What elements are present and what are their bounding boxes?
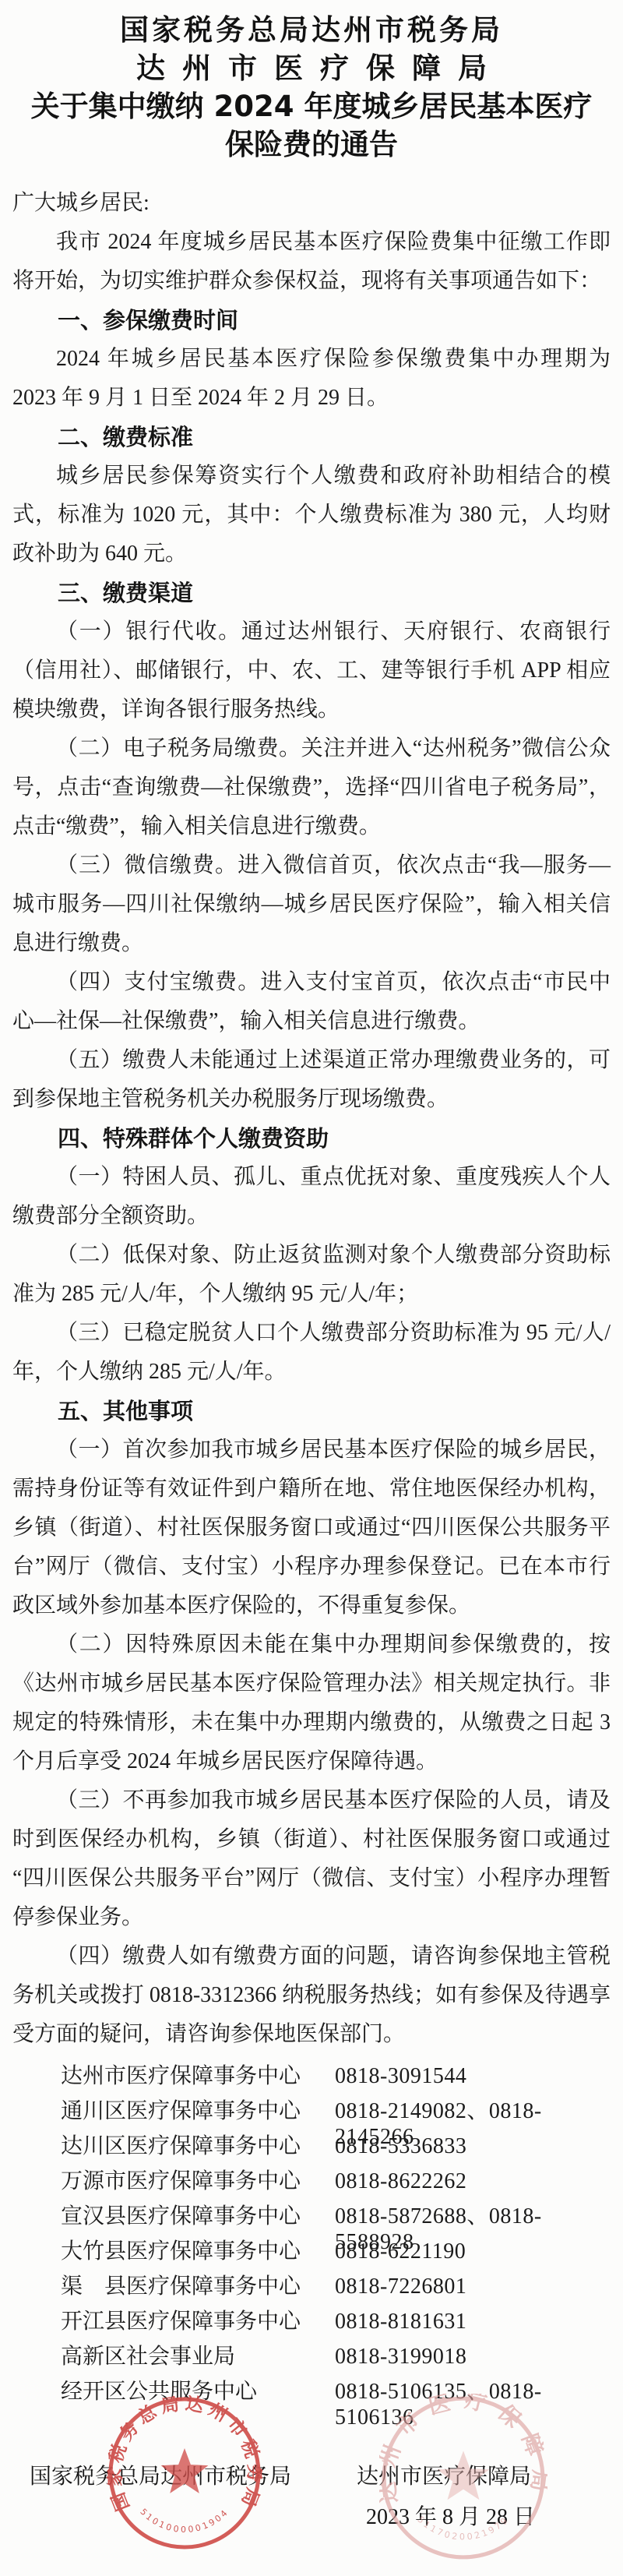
notice-title: 国家税务总局达州市税务局 达州市医疗保障局 关于集中缴纳 2024 年度城乡居民… [12, 8, 611, 164]
section-5-item-1: （一）首次参加我市城乡居民基本医疗保险的城乡居民，需持身份证等有效证件到户籍所在… [12, 1431, 611, 1625]
contact-name: 渠 县医疗保障事务中心 [61, 2269, 335, 2300]
contact-row: 通川区医疗保障事务中心 0818-2149082、0818-2145266 [61, 2094, 611, 2129]
section-5-item-2: （二）因特殊原因未能在集中办理期间参保缴费的，按《达州市城乡居民基本医疗保险管理… [12, 1625, 611, 1781]
contact-phone: 0818-5336833 [335, 2134, 466, 2159]
contact-row: 开江县医疗保障事务中心 0818-8181631 [61, 2304, 611, 2339]
contact-name: 大竹县医疗保障事务中心 [61, 2234, 335, 2265]
contact-name: 通川区医疗保障事务中心 [61, 2094, 335, 2125]
section-2-paragraph: 城乡居民参保筹资实行个人缴费和政府补助相结合的模式，标准为 1020 元，其中：… [12, 457, 611, 573]
section-4-heading: 四、特殊群体个人缴费资助 [12, 1119, 611, 1158]
scanned-notice-page: { "document": { "title_lines": [ "国家税务总局… [0, 0, 623, 2576]
section-3-heading: 三、缴费渠道 [12, 573, 611, 612]
signature-date: 2023 年 8 月 28 日 [366, 2504, 535, 2531]
section-3-item-5: （五）缴费人未能通过上述渠道正常办理缴费业务的，可到参保地主管税务机关办税服务厅… [12, 1041, 611, 1119]
intro-paragraph: 我市 2024 年度城乡居民基本医疗保险费集中征缴工作即将开始，为切实维护群众参… [12, 223, 611, 301]
contact-row: 渠 县医疗保障事务中心 0818-7226801 [61, 2269, 611, 2304]
svg-text:5101000001904: 5101000001904 [138, 2507, 231, 2535]
section-2-heading: 二、缴费标准 [12, 418, 611, 457]
contact-name: 万源市医疗保障事务中心 [61, 2164, 335, 2195]
contact-row: 万源市医疗保障事务中心 0818-8622262 [61, 2164, 611, 2199]
contact-row: 达州市医疗保障事务中心 0818-3091544 [61, 2059, 611, 2094]
contact-list: 达州市医疗保障事务中心 0818-3091544 通川区医疗保障事务中心 081… [61, 2059, 611, 2409]
contact-name: 达州市医疗保障事务中心 [61, 2059, 335, 2090]
section-1-heading: 一、参保缴费时间 [12, 301, 611, 340]
contact-name: 开江县医疗保障事务中心 [61, 2304, 335, 2335]
section-5-item-4: （四）缴费人如有缴费方面的问题，请咨询参保地主管税务机关或拨打 0818-331… [12, 1937, 611, 2054]
seal-ring-text: 国家税务总局达州市税务局 [107, 2395, 262, 2514]
signature-medical-bureau: 达州市医疗保障局 [357, 2464, 531, 2490]
title-line-tax-bureau: 国家税务总局达州市税务局 [12, 11, 611, 49]
contact-phone: 0818-6221190 [335, 2239, 466, 2264]
contact-phone: 0818-8181631 [335, 2310, 466, 2334]
signature-area: 国家税务总局达州市税务局 达州市医疗保障局 2023 年 8 月 28 日 国家… [0, 2361, 623, 2576]
contact-name: 宣汉县医疗保障事务中心 [61, 2199, 335, 2230]
contact-phone: 0818-3091544 [335, 2064, 466, 2089]
seal-code-text: 5101000001904 [138, 2507, 231, 2535]
contact-phone: 0818-7226801 [335, 2274, 466, 2299]
svg-text:国家税务总局达州市税务局: 国家税务总局达州市税务局 [107, 2395, 262, 2514]
section-4-item-1: （一）特困人员、孤儿、重点优抚对象、重度残疾人个人缴费部分全额资助。 [12, 1158, 611, 1236]
contact-name: 达川区医疗保障事务中心 [61, 2129, 335, 2160]
section-3-item-2: （二）电子税务局缴费。关注并进入“达州税务”微信公众号，点击“查询缴费—社保缴费… [12, 729, 611, 846]
notice-document: 国家税务总局达州市税务局 达州市医疗保障局 关于集中缴纳 2024 年度城乡居民… [0, 0, 623, 2409]
signature-tax-bureau: 国家税务总局达州市税务局 [30, 2464, 291, 2490]
section-3-item-3: （三）微信缴费。进入微信首页，依次点击“我—服务—城市服务—四川社保缴纳—城乡居… [12, 846, 611, 963]
section-5-heading: 五、其他事项 [12, 1392, 611, 1431]
section-5-item-3: （三）不再参加我市城乡居民基本医疗保险的人员，请及时到医保经办机构，乡镇（街道）… [12, 1781, 611, 1937]
title-line-medical-bureau: 达州市医疗保障局 [12, 49, 611, 87]
title-line-subject-2: 保险费的通告 [12, 125, 611, 164]
section-3-item-4: （四）支付宝缴费。进入支付宝首页，依次点击“市民中心—社保—社保缴费”，输入相关… [12, 963, 611, 1041]
section-4-item-3: （三）已稳定脱贫人口个人缴费部分资助标准为 95 元/人/年，个人缴纳 285 … [12, 1314, 611, 1392]
section-3-item-1: （一）银行代收。通过达州银行、天府银行、农商银行（信用社）、邮储银行，中、农、工… [12, 612, 611, 729]
salutation: 广大城乡居民: [12, 184, 611, 223]
section-4-item-2: （二）低保对象、防止返贫监测对象个人缴费部分资助标准为 285 元/人/年，个人… [12, 1236, 611, 1314]
contact-row: 宣汉县医疗保障事务中心 0818-5872688、0818-5588928 [61, 2199, 611, 2234]
contact-phone: 0818-8622262 [335, 2169, 466, 2194]
section-1-paragraph: 2024 年城乡居民基本医疗保险参保缴费集中办理期为 2023 年 9 月 1 … [12, 340, 611, 418]
title-line-subject-1: 关于集中缴纳 2024 年度城乡居民基本医疗 [12, 87, 611, 125]
